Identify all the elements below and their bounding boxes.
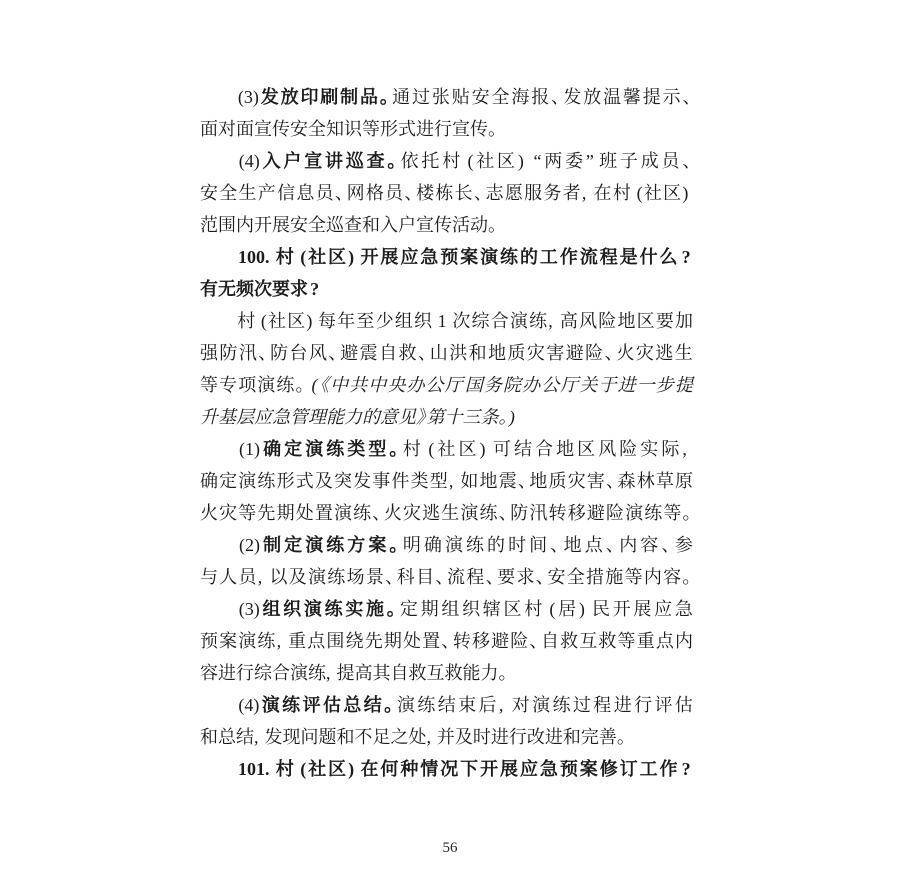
text-line: 村(社区)每年至少组织 1 次综合演练,高风险地区要加 <box>200 305 693 337</box>
text-line: (2)制定演练方案。明确演练的时间、地点、内容、参 <box>200 529 693 561</box>
text-line: (4)演练评估总结。演练结束后,对演练过程进行评估 <box>200 689 693 721</box>
text-line: 有无频次要求? <box>200 273 693 305</box>
text-line: 101. 村(社区)在何种情况下开展应急预案修订工作? <box>200 753 693 785</box>
text-line: 升基层应急管理能力的意见》第十三条。) <box>200 401 693 433</box>
text-line: 100. 村(社区)开展应急预案演练的工作流程是什么? <box>200 241 693 273</box>
text-line: 与人员,以及演练场景、科目、流程、要求、安全措施等内容。 <box>200 561 693 593</box>
text-line: 安全生产信息员、网格员、楼栋长、志愿服务者,在村(社区) <box>200 177 693 209</box>
document-page: (3)发放印刷制品。通过张贴安全海报、发放温馨提示、面对面宣传安全知识等形式进行… <box>0 0 900 885</box>
text-line: (1)确定演练类型。村(社区)可结合地区风险实际, <box>200 433 693 465</box>
text-line: 等专项演练。(《中共中央办公厅 国务院办公厅关于进一步提 <box>200 369 693 401</box>
text-line: (3)发放印刷制品。通过张贴安全海报、发放温馨提示、 <box>200 81 693 113</box>
text-line: 强防汛、防台风、避震自救、山洪和地质灾害避险、火灾逃生 <box>200 337 693 369</box>
page-number: 56 <box>0 840 900 857</box>
text-line: 容进行综合演练,提高其自救互救能力。 <box>200 657 693 689</box>
text-line: (4)入户宣讲巡查。依托村(社区)“两委”班子成员、 <box>200 145 693 177</box>
text-line: 预案演练,重点围绕先期处置、转移避险、自救互救等重点内 <box>200 625 693 657</box>
document-lines: (3)发放印刷制品。通过张贴安全海报、发放温馨提示、面对面宣传安全知识等形式进行… <box>200 81 693 785</box>
text-line: 和总结,发现问题和不足之处,并及时进行改进和完善。 <box>200 721 693 753</box>
text-line: 范围内开展安全巡查和入户宣传活动。 <box>200 209 693 241</box>
text-line: (3)组织演练实施。定期组织辖区村(居)民开展应急 <box>200 593 693 625</box>
text-line: 火灾等先期处置演练、火灾逃生演练、防汛转移避险演练等。 <box>200 497 693 529</box>
text-line: 确定演练形式及突发事件类型,如地震、地质灾害、森林草原 <box>200 465 693 497</box>
text-line: 面对面宣传安全知识等形式进行宣传。 <box>200 113 693 145</box>
